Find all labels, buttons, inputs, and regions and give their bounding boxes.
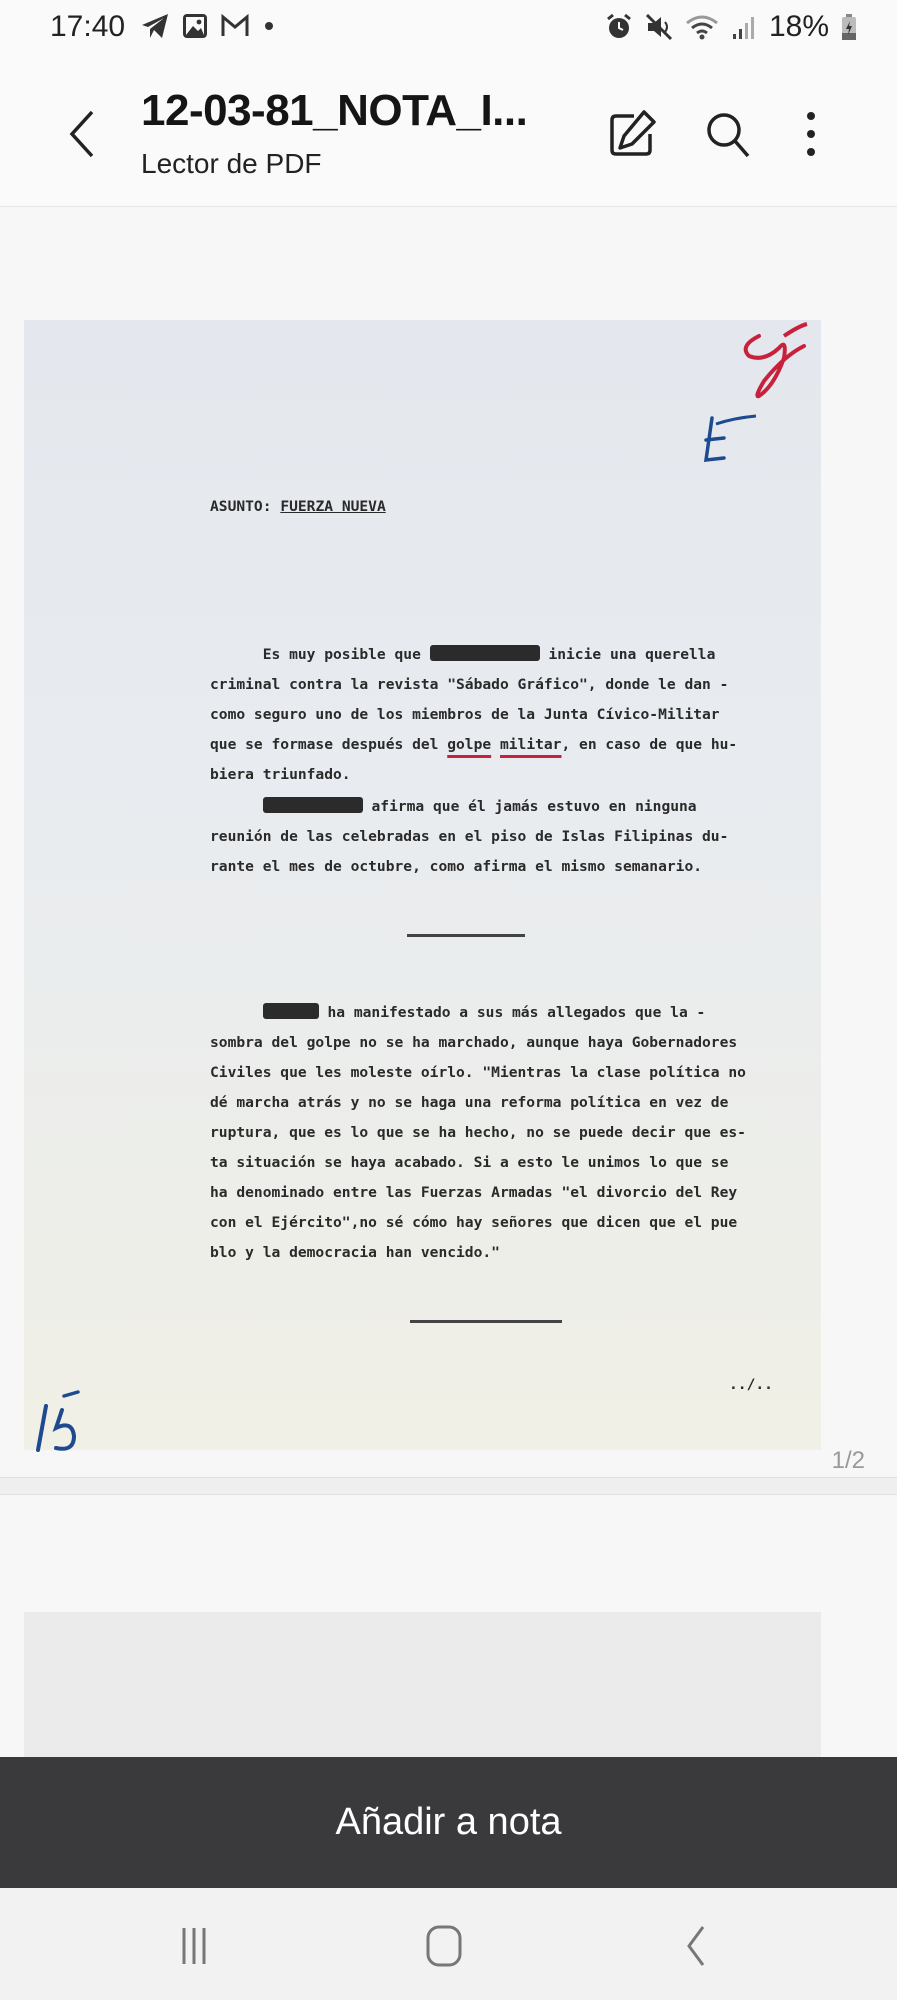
add-to-note-button[interactable]: Añadir a nota	[0, 1757, 897, 1888]
handwritten-blue-mark	[694, 400, 774, 480]
redacted-name	[263, 797, 363, 813]
alarm-icon	[605, 13, 633, 41]
mute-icon	[645, 13, 673, 41]
page-divider	[0, 1477, 897, 1495]
paragraph-1: Es muy posible que inicie una querella c…	[210, 640, 737, 790]
separator-rule	[407, 934, 525, 937]
paragraph-2: afirma que él jamás estuvo en ninguna re…	[210, 792, 728, 882]
back-arrow-icon[interactable]	[62, 104, 102, 164]
recent-apps-icon[interactable]	[164, 1924, 224, 1968]
gallery-icon	[182, 13, 208, 39]
paragraph-3: ha manifestado a sus más allegados que l…	[210, 998, 746, 1268]
battery-percent: 18%	[769, 10, 829, 44]
redacted-name	[430, 645, 540, 661]
continuation-mark: ../..	[729, 1370, 773, 1400]
add-to-note-label: Añadir a nota	[335, 1801, 561, 1844]
app-subtitle: Lector de PDF	[141, 148, 322, 180]
separator-rule	[410, 1320, 562, 1323]
page-indicator: 1/2	[832, 1447, 865, 1475]
handwritten-red-mark	[729, 316, 819, 406]
system-nav-bar	[0, 1888, 897, 2000]
back-icon[interactable]	[665, 1924, 725, 1968]
handwritten-page-number	[32, 1388, 102, 1458]
subject-line: ASUNTO: FUERZA NUEVA	[210, 492, 386, 522]
signal-icon	[731, 14, 757, 40]
wifi-icon	[685, 13, 719, 41]
app-header: 12-03-81_NOTA_I... Lector de PDF	[0, 60, 897, 207]
telegram-icon	[140, 12, 170, 40]
home-icon[interactable]	[414, 1924, 474, 1968]
document-title: 12-03-81_NOTA_I...	[141, 86, 527, 136]
battery-charging-icon	[841, 13, 857, 41]
pdf-page-2[interactable]	[24, 1612, 821, 1772]
status-time: 17:40	[50, 10, 125, 44]
edit-icon[interactable]	[604, 106, 660, 162]
search-icon[interactable]	[700, 106, 756, 162]
more-options-icon[interactable]	[783, 106, 839, 162]
dot-icon	[262, 19, 276, 33]
status-bar: 17:40 18%	[0, 0, 897, 60]
gmail-icon	[220, 14, 250, 38]
pdf-page-1[interactable]: ASUNTO: FUERZA NUEVA Es muy posible que …	[24, 320, 821, 1450]
redacted-name	[263, 1003, 319, 1019]
pdf-viewer[interactable]: ASUNTO: FUERZA NUEVA Es muy posible que …	[0, 207, 897, 1757]
